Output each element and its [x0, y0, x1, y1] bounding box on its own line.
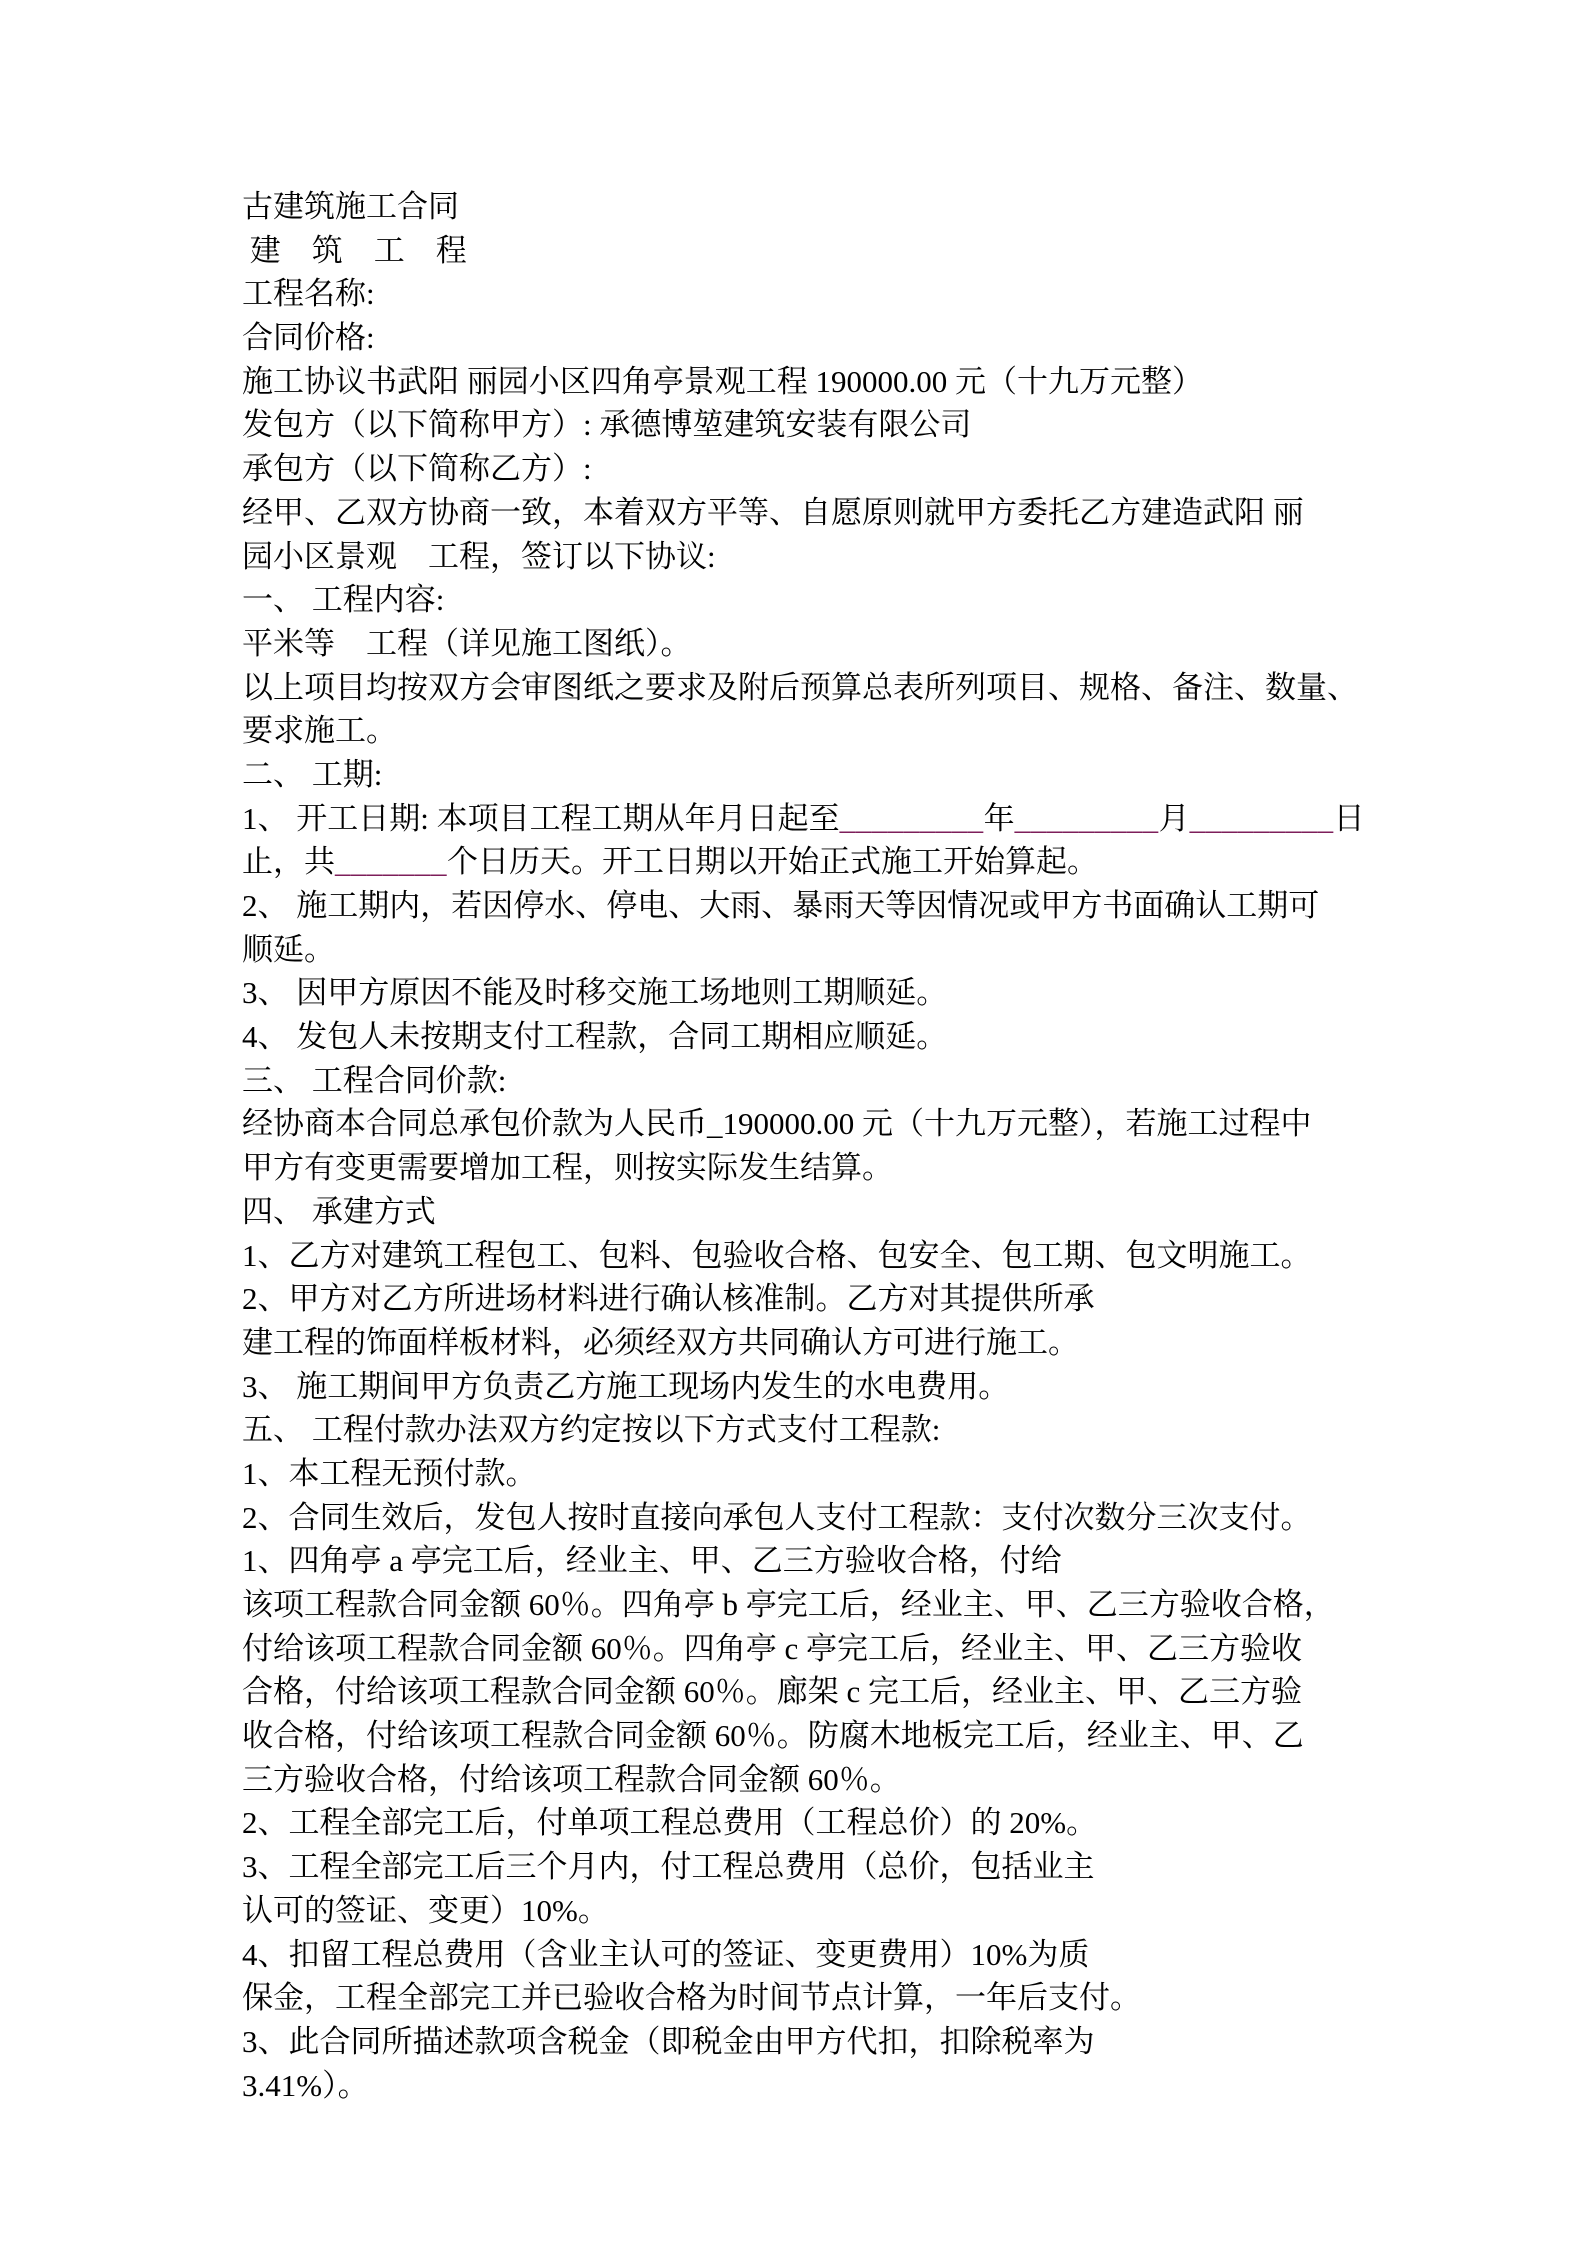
document-line: 承包方（以下简称乙方）: [242, 447, 1462, 491]
document-text: 月 [1159, 801, 1190, 836]
document-text: 1、 开工日期: 本项目工程工期从年月日起至 [242, 801, 840, 836]
document-line: 四、 承建方式 [242, 1190, 1462, 1234]
document-text: 认可的签证、变更）10%。 [242, 1893, 609, 1928]
document-line: 经协商本合同总承包价款为人民币_190000.00 元（十九万元整），若施工过程… [242, 1102, 1462, 1146]
document-line: 二、 工期: [242, 753, 1462, 797]
document-text: 3、 因甲方原因不能及时移交施工场地则工期顺延。 [242, 975, 947, 1010]
document-text: 工程名称: [242, 276, 375, 311]
document-line: 经甲、乙双方协商一致，本着双方平等、自愿原则就甲方委托乙方建造武阳 丽 [242, 491, 1462, 535]
document-text: 2、工程全部完工后，付单项工程总费用（工程总价）的 20%。 [242, 1805, 1097, 1840]
document-line: 1、本工程无预付款。 [242, 1452, 1462, 1496]
document-text: 顺延。 [242, 932, 335, 967]
document-line: 4、扣留工程总费用（含业主认可的签证、变更费用）10%为质 [242, 1933, 1462, 1977]
document-text: 4、 发包人未按期支付工程款，合同工期相应顺延。 [242, 1019, 947, 1054]
document-text: 古建筑施工合同 [242, 189, 459, 224]
document-text: 以上项目均按双方会审图纸之要求及附后预算总表所列项目、规格、备注、数量、 [242, 670, 1358, 705]
document-text: 止，共 [242, 844, 335, 879]
document-text: 三、 工程合同价款: [242, 1063, 506, 1098]
document-text: 甲方有变更需要增加工程，则按实际发生结算。 [242, 1150, 893, 1185]
document-text: 3.41%）。 [242, 2068, 369, 2103]
document-line: 施工协议书武阳 丽园小区四角亭景观工程 190000.00 元（十九万元整） [242, 360, 1462, 404]
document-line: 2、甲方对乙方所进场材料进行确认核准制。乙方对其提供所承 [242, 1277, 1462, 1321]
document-text: 四、 承建方式 [242, 1194, 436, 1229]
document-line: 建 筑 工 程 [242, 229, 1462, 273]
document-page: 古建筑施工合同 建 筑 工 程工程名称:合同价格:施工协议书武阳 丽园小区四角亭… [0, 0, 1586, 2244]
document-text: 建工程的饰面样板材料，必须经双方共同确认方可进行施工。 [242, 1325, 1079, 1360]
document-line: 三、 工程合同价款: [242, 1059, 1462, 1103]
document-line: 顺延。 [242, 928, 1462, 972]
document-line: 园小区景观 工程，签订以下协议: [242, 535, 1462, 579]
document-line: 1、 开工日期: 本项目工程工期从年月日起至_________年________… [242, 797, 1462, 841]
blank-underline-field: _________ [1015, 801, 1159, 836]
document-text: 3、工程全部完工后三个月内，付工程总费用（总价，包括业主 [242, 1849, 1095, 1884]
document-line: 3、 施工期间甲方负责乙方施工现场内发生的水电费用。 [242, 1365, 1462, 1409]
document-text: 该项工程款合同金额 60％。四角亭 b 亭完工后，经业主、甲、乙三方验收合格， [242, 1587, 1335, 1622]
document-text: 合格，付给该项工程款合同金额 60％。廊架 c 完工后，经业主、甲、乙三方验 [242, 1674, 1302, 1709]
document-line: 3、此合同所描述款项含税金（即税金由甲方代扣，扣除税率为 [242, 2020, 1462, 2064]
document-text: 发包方（以下简称甲方）: 承德博堃建筑安装有限公司 [242, 407, 971, 442]
document-text: 1、四角亭 a 亭完工后，经业主、甲、乙三方验收合格，付给 [242, 1543, 1062, 1578]
document-text: 4、扣留工程总费用（含业主认可的签证、变更费用）10%为质 [242, 1937, 1089, 1972]
document-text: 平米等 工程（详见施工图纸）。 [242, 626, 692, 661]
document-text: 收合格，付给该项工程款合同金额 60％。防腐木地板完工后，经业主、甲、乙 [242, 1718, 1304, 1753]
document-text: 2、合同生效后，发包人按时直接向承包人支付工程款：支付次数分三次支付。 [242, 1500, 1312, 1535]
document-text: 1、乙方对建筑工程包工、包料、包验收合格、包安全、包工期、包文明施工。 [242, 1238, 1312, 1273]
document-line: 发包方（以下简称甲方）: 承德博堃建筑安装有限公司 [242, 403, 1462, 447]
document-line: 该项工程款合同金额 60％。四角亭 b 亭完工后，经业主、甲、乙三方验收合格， [242, 1583, 1462, 1627]
document-text: 2、 施工期内，若因停水、停电、大雨、暴雨天等因情况或甲方书面确认工期可 [242, 888, 1319, 923]
document-text: 年 [984, 801, 1015, 836]
document-text: 经协商本合同总承包价款为人民币_190000.00 元（十九万元整），若施工过程… [242, 1106, 1312, 1141]
document-line: 3、 因甲方原因不能及时移交施工场地则工期顺延。 [242, 971, 1462, 1015]
document-line: 五、 工程付款办法双方约定按以下方式支付工程款: [242, 1408, 1462, 1452]
document-text: 日 [1334, 801, 1365, 836]
document-text: 经甲、乙双方协商一致，本着双方平等、自愿原则就甲方委托乙方建造武阳 丽 [242, 495, 1304, 530]
document-line: 付给该项工程款合同金额 60％。四角亭 c 亭完工后，经业主、甲、乙三方验收 [242, 1627, 1462, 1671]
blank-underline-field: _________ [1190, 801, 1334, 836]
document-line: 合格，付给该项工程款合同金额 60％。廊架 c 完工后，经业主、甲、乙三方验 [242, 1670, 1462, 1714]
document-line: 保金，工程全部完工并已验收合格为时间节点计算，一年后支付。 [242, 1976, 1462, 2020]
document-text: 施工协议书武阳 丽园小区四角亭景观工程 190000.00 元（十九万元整） [242, 364, 1203, 399]
document-line: 工程名称: [242, 272, 1462, 316]
document-line: 2、工程全部完工后，付单项工程总费用（工程总价）的 20%。 [242, 1801, 1462, 1845]
document-line: 2、合同生效后，发包人按时直接向承包人支付工程款：支付次数分三次支付。 [242, 1496, 1462, 1540]
document-text: 3、此合同所描述款项含税金（即税金由甲方代扣，扣除税率为 [242, 2024, 1095, 2059]
document-line: 合同价格: [242, 316, 1462, 360]
document-text: 三方验收合格，付给该项工程款合同金额 60％。 [242, 1762, 901, 1797]
document-line: 止，共_______个日历天。开工日期以开始正式施工开始算起。 [242, 840, 1462, 884]
document-text: 个日历天。开工日期以开始正式施工开始算起。 [447, 844, 1098, 879]
document-line: 甲方有变更需要增加工程，则按实际发生结算。 [242, 1146, 1462, 1190]
document-line: 2、 施工期内，若因停水、停电、大雨、暴雨天等因情况或甲方书面确认工期可 [242, 884, 1462, 928]
document-line: 3.41%）。 [242, 2064, 1462, 2108]
blank-underline-field: _______ [335, 844, 447, 879]
document-text: 3、 施工期间甲方负责乙方施工现场内发生的水电费用。 [242, 1369, 1009, 1404]
document-body: 古建筑施工合同 建 筑 工 程工程名称:合同价格:施工协议书武阳 丽园小区四角亭… [242, 185, 1462, 2107]
document-line: 三方验收合格，付给该项工程款合同金额 60％。 [242, 1758, 1462, 1802]
document-line: 一、 工程内容: [242, 578, 1462, 622]
document-line: 认可的签证、变更）10%。 [242, 1889, 1462, 1933]
document-line: 1、乙方对建筑工程包工、包料、包验收合格、包安全、包工期、包文明施工。 [242, 1234, 1462, 1278]
document-line: 要求施工。 [242, 709, 1462, 753]
document-text: 五、 工程付款办法双方约定按以下方式支付工程款: [242, 1412, 940, 1447]
document-text: 付给该项工程款合同金额 60％。四角亭 c 亭完工后，经业主、甲、乙三方验收 [242, 1631, 1302, 1666]
document-text: 二、 工期: [242, 757, 382, 792]
document-text: 要求施工。 [242, 713, 397, 748]
document-line: 古建筑施工合同 [242, 185, 1462, 229]
document-text: 一、 工程内容: [242, 582, 444, 617]
document-text: 合同价格: [242, 320, 375, 355]
document-text: 建 筑 工 程 [242, 233, 467, 268]
document-text: 园小区景观 工程，签订以下协议: [242, 539, 716, 574]
document-line: 平米等 工程（详见施工图纸）。 [242, 622, 1462, 666]
document-text: 2、甲方对乙方所进场材料进行确认核准制。乙方对其提供所承 [242, 1281, 1095, 1316]
document-text: 承包方（以下简称乙方）: [242, 451, 592, 486]
blank-underline-field: _________ [840, 801, 984, 836]
document-line: 1、四角亭 a 亭完工后，经业主、甲、乙三方验收合格，付给 [242, 1539, 1462, 1583]
document-line: 以上项目均按双方会审图纸之要求及附后预算总表所列项目、规格、备注、数量、 [242, 666, 1462, 710]
document-line: 建工程的饰面样板材料，必须经双方共同确认方可进行施工。 [242, 1321, 1462, 1365]
document-line: 收合格，付给该项工程款合同金额 60％。防腐木地板完工后，经业主、甲、乙 [242, 1714, 1462, 1758]
document-line: 4、 发包人未按期支付工程款，合同工期相应顺延。 [242, 1015, 1462, 1059]
document-text: 1、本工程无预付款。 [242, 1456, 537, 1491]
document-line: 3、工程全部完工后三个月内，付工程总费用（总价，包括业主 [242, 1845, 1462, 1889]
document-text: 保金，工程全部完工并已验收合格为时间节点计算，一年后支付。 [242, 1980, 1141, 2015]
